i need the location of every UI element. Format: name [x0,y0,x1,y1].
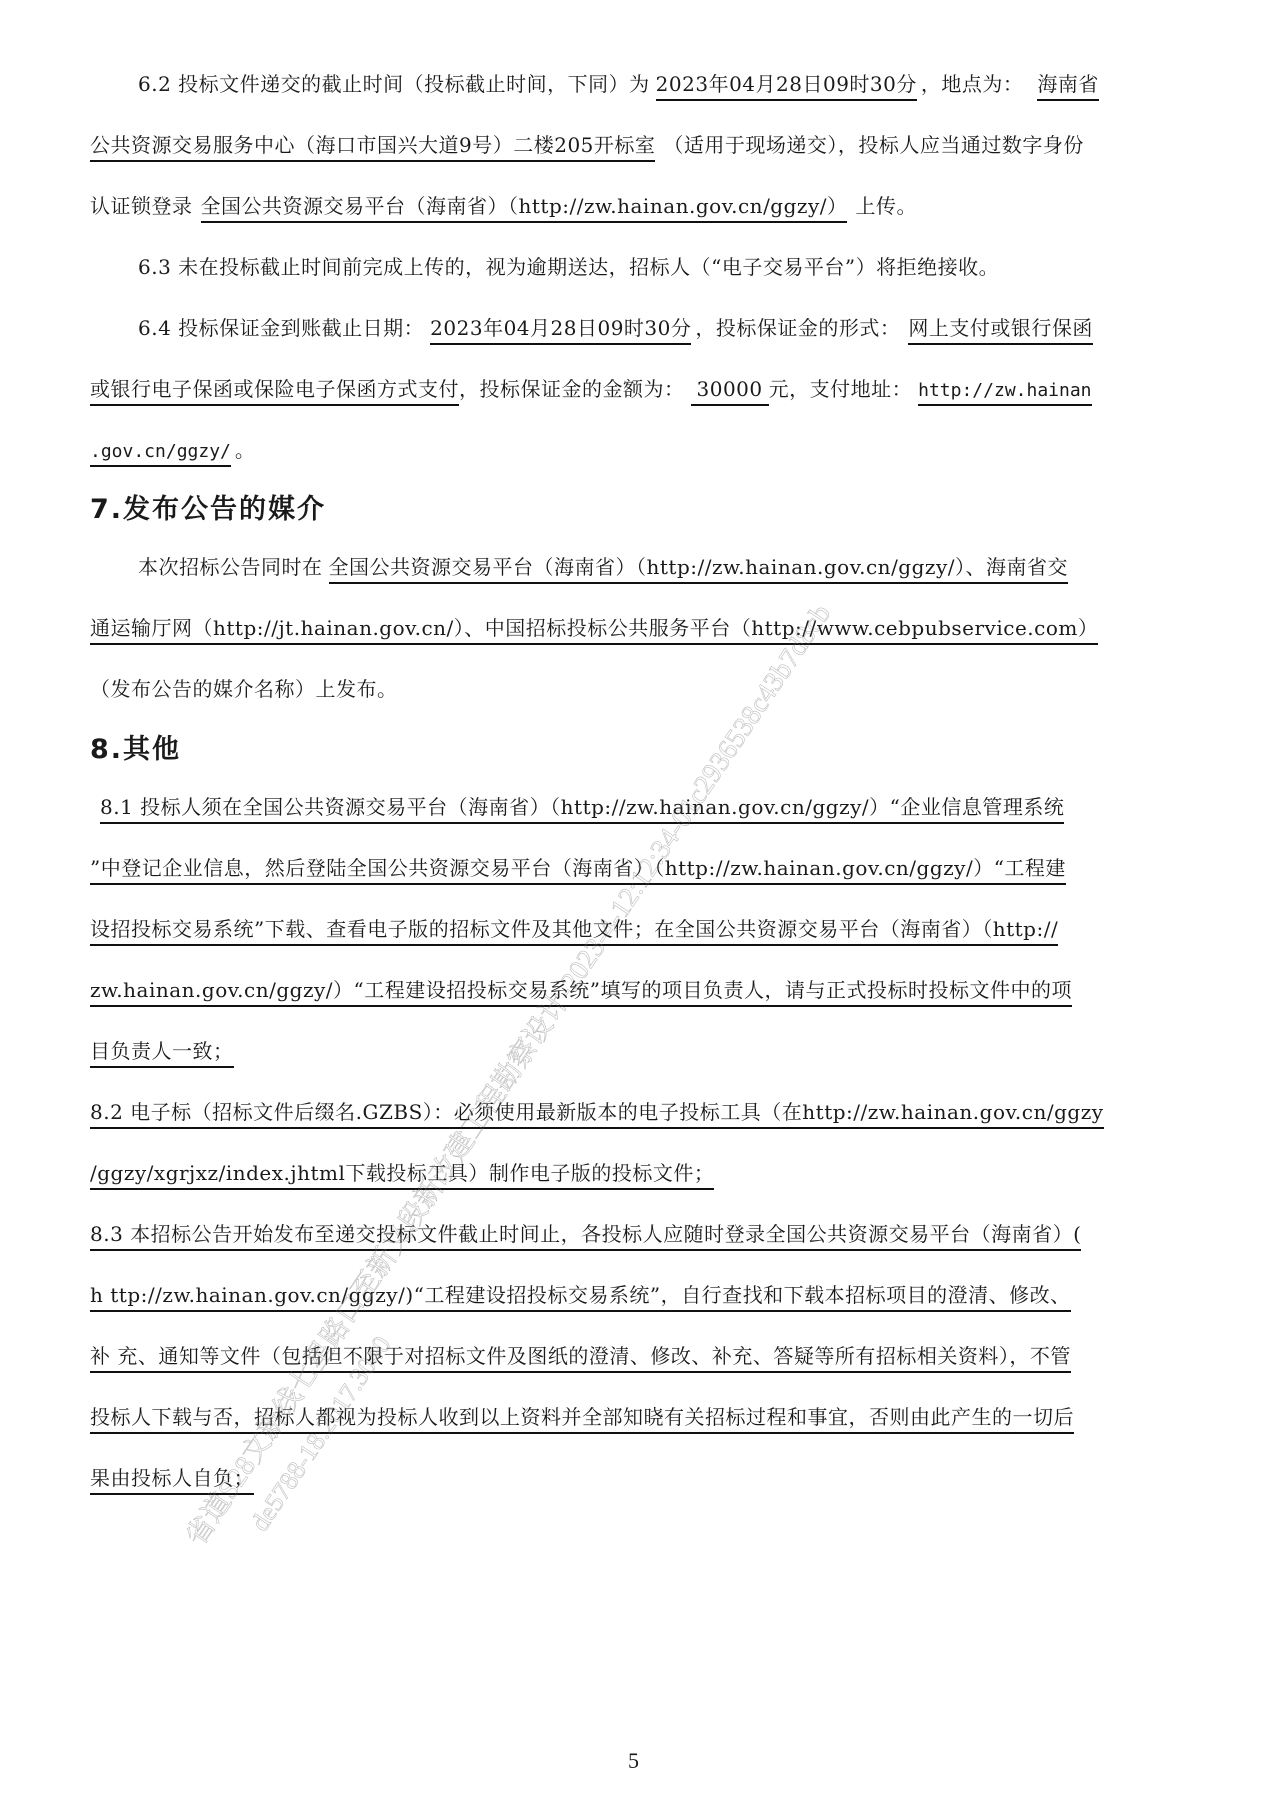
payment-url-part2[interactable]: .gov.cn/ggzy/ [90,441,231,467]
item-8-2-line-1: 8.2 电子标（招标文件后缀名.GZBS）：必须使用最新版本的电子投标工具（在h… [90,1098,1104,1126]
section-6-2-line3-suffix: 上传。 [855,194,917,218]
media-list-part2: 通运输厅网（http://jt.hainan.gov.cn/）、中国招标投标公共… [90,616,1098,645]
item-8-2-text-1: 8.2 电子标（招标文件后缀名.GZBS）：必须使用最新版本的电子投标工具（在h… [90,1100,1104,1129]
location-value-part2: 公共资源交易服务中心（海口市国兴大道9号）二楼205开标室 [90,133,655,162]
section-7-suffix: （发布公告的媒介名称）上发布。 [90,677,398,701]
item-8-1-line-5: 目负责人一致； [90,1037,234,1065]
item-8-1-text-3: 设招投标交易系统”下载、查看电子版的招标文件及其他文件；在全国公共资源交易平台（… [90,917,1058,946]
item-8-1-text-4: zw.hainan.gov.cn/ggzy/）“工程建设招投标交易系统”填写的项… [90,978,1072,1007]
paragraph-6-3: 6.3 未在投标截止时间前完成上传的，视为逾期送达，招标人（“电子交易平台”）将… [138,253,999,281]
bond-amount-unit: 元，支付地址： [769,377,913,401]
section-6-2-after-location: （适用于现场递交），投标人应当通过数字身份 [663,133,1084,157]
paragraph-7-line-2: 通运输厅网（http://jt.hainan.gov.cn/）、中国招标投标公共… [90,614,1098,642]
item-8-2-line-2: /ggzy/xgrjxz/index.jhtml下载投标工具）制作电子版的投标文… [90,1159,714,1187]
platform-link[interactable]: 全国公共资源交易平台（海南省）（http://zw.hainan.gov.cn/… [201,194,848,223]
paragraph-6-4-line-1: 6.4 投标保证金到账截止日期：2023年04月28日09时30分，投标保证金的… [138,314,1093,342]
item-8-1-line-4: zw.hainan.gov.cn/ggzy/）“工程建设招投标交易系统”填写的项… [90,976,1072,1004]
section-7-heading: 7.发布公告的媒介 [90,487,326,526]
item-8-2-text-2: /ggzy/xgrjxz/index.jhtml下载投标工具）制作电子版的投标文… [90,1161,714,1190]
paragraph-6-4-line-2: 或银行电子保函或保险电子保函方式支付，投标保证金的金额为：30000元，支付地址… [90,375,1092,405]
item-8-3-text-4: 投标人下载与否，招标人都视为投标人收到以上资料并全部知晓有关招标过程和事宜，否则… [90,1405,1074,1434]
bond-form-value-part2: 或银行电子保函或保险电子保函方式支付 [90,377,459,406]
bid-deadline-value: 2023年04月28日09时30分 [656,72,917,101]
item-8-3-line-4: 投标人下载与否，招标人都视为投标人收到以上资料并全部知晓有关招标过程和事宜，否则… [90,1403,1074,1431]
bond-form-label: ，投标保证金的形式： [695,316,900,340]
section-6-2-prefix: 6.2 投标文件递交的截止时间（投标截止时间，下同）为 [138,72,650,96]
item-8-3-text-1: 8.3 本招标公告开始发布至递交投标文件截止时间止，各投标人应随时登录全国公共资… [90,1222,1081,1251]
section-7-prefix: 本次招标公告同时在 [138,555,323,579]
location-value-part1: 海南省 [1037,72,1099,101]
item-8-3-line-3: 补 充、通知等文件（包括但不限于对招标文件及图纸的澄清、修改、补充、答疑等所有招… [90,1342,1071,1370]
payment-url-part1[interactable]: http://zw.hainan [918,380,1091,406]
bond-amount-value: 30000 [691,377,769,406]
paragraph-6-2-line-3: 认证锁登录全国公共资源交易平台（海南省）（http://zw.hainan.go… [90,192,917,220]
paragraph-7-line-3: （发布公告的媒介名称）上发布。 [90,675,398,703]
item-8-1-line-3: 设招投标交易系统”下载、查看电子版的招标文件及其他文件；在全国公共资源交易平台（… [90,915,1058,943]
item-8-1-text-1: 8.1 投标人须在全国公共资源交易平台（海南省）（http://zw.haina… [100,795,1064,824]
item-8-1-line-1: 8.1 投标人须在全国公共资源交易平台（海南省）（http://zw.haina… [100,793,1064,821]
paragraph-7-line-1: 本次招标公告同时在全国公共资源交易平台（海南省）（http://zw.haina… [138,553,1068,581]
section-6-2-line3-prefix: 认证锁登录 [90,194,193,218]
bond-amount-label: ，投标保证金的金额为： [459,377,685,401]
page-number: 5 [0,1748,1267,1774]
bond-deadline-value: 2023年04月28日09时30分 [430,316,691,345]
bond-form-value-part1: 网上支付或银行保函 [908,316,1093,345]
item-8-1-line-2: ”中登记企业信息，然后登陆全国公共资源交易平台（海南省）（http://zw.h… [90,854,1066,882]
item-8-3-line-2: h ttp://zw.hainan.gov.cn/ggzy/)“工程建设招投标交… [90,1281,1071,1309]
media-list-part1: 全国公共资源交易平台（海南省）（http://zw.hainan.gov.cn/… [329,555,1068,584]
paragraph-6-2-line-1: 6.2 投标文件递交的截止时间（投标截止时间，下同）为2023年04月28日09… [138,70,1099,98]
section-8-heading: 8.其他 [90,727,181,766]
paragraph-6-2-line-2: 公共资源交易服务中心（海口市国兴大道9号）二楼205开标室（适用于现场递交），投… [90,131,1084,159]
item-8-3-line-5: 果由投标人自负； [90,1464,254,1492]
document-page: 6.2 投标文件递交的截止时间（投标截止时间，下同）为2023年04月28日09… [0,0,1267,1793]
item-8-3-text-2: h ttp://zw.hainan.gov.cn/ggzy/)“工程建设招投标交… [90,1283,1071,1312]
paragraph-6-4-line-3: .gov.cn/ggzy/。 [90,436,255,466]
location-label: ，地点为： [921,72,1024,96]
section-6-3-text: 6.3 未在投标截止时间前完成上传的，视为逾期送达，招标人（“电子交易平台”）将… [138,255,999,279]
item-8-3-text-5: 果由投标人自负； [90,1466,254,1495]
item-8-3-text-3: 补 充、通知等文件（包括但不限于对招标文件及图纸的澄清、修改、补充、答疑等所有招… [90,1344,1071,1373]
item-8-1-text-2: ”中登记企业信息，然后登陆全国公共资源交易平台（海南省）（http://zw.h… [90,856,1066,885]
item-8-3-line-1: 8.3 本招标公告开始发布至递交投标文件截止时间止，各投标人应随时登录全国公共资… [90,1220,1081,1248]
section-6-4-prefix: 6.4 投标保证金到账截止日期： [138,316,424,340]
item-8-1-text-5: 目负责人一致； [90,1039,234,1068]
section-6-4-end: 。 [235,438,256,462]
